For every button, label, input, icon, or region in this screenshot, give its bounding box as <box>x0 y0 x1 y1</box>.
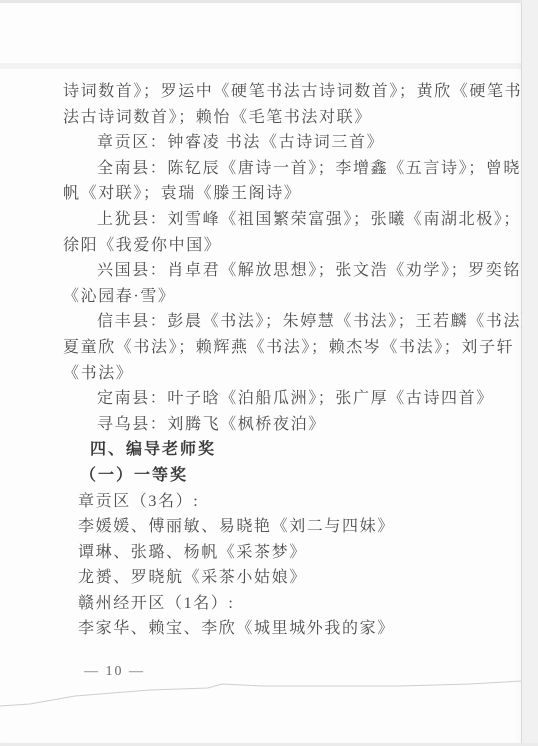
text-line: 法古诗词数首》；赖怡《毛笔书法对联》 <box>63 105 513 131</box>
text-line: 全南县：陈钇辰《唐诗一首》；李增鑫《五言诗》；曾晓 <box>63 156 513 182</box>
text-line: 赣州经开区（1名）: <box>63 591 513 617</box>
text-line: 寻乌县：刘腾飞《枫桥夜泊》 <box>63 412 513 438</box>
text-line: 《沁园春·雪》 <box>63 284 513 310</box>
page-number: — 10 — <box>84 664 145 680</box>
heading-line: （一）一等奖 <box>63 463 513 489</box>
text-line: 龙赟、罗晓航《采茶小姑娘》 <box>63 565 513 591</box>
text-line: 上犹县：刘雪峰《祖国繁荣富强》；张曦《南湖北极》； <box>63 207 513 233</box>
text-line: 诗词数首》；罗运中《硬笔书法古诗词数首》；黄欣《硬笔书 <box>63 79 513 105</box>
text-line: 信丰县：彭晨《书法》；朱婷慧《书法》；王若麟《书法》; <box>63 309 513 335</box>
document-body: 诗词数首》；罗运中《硬笔书法古诗词数首》；黄欣《硬笔书法古诗词数首》；赖怡《毛笔… <box>63 79 513 642</box>
text-lines: 诗词数首》；罗运中《硬笔书法古诗词数首》；黄欣《硬笔书法古诗词数首》；赖怡《毛笔… <box>63 79 513 642</box>
text-line: 谭琳、张璐、杨帆《采茶梦》 <box>63 540 513 566</box>
text-line: 李家华、赖宝、李欣《城里城外我的家》 <box>63 616 513 642</box>
text-line: 定南县：叶子晗《泊船瓜洲》；张广厚《古诗四首》 <box>63 386 513 412</box>
scan-right-edge <box>522 0 538 746</box>
text-line: 章贡区：钟睿凌 书法《古诗词三首》 <box>63 130 513 156</box>
scan-top-edge <box>0 0 538 3</box>
text-line: 徐阳《我爱你中国》 <box>63 233 513 259</box>
text-line: 《书法》 <box>63 361 513 387</box>
text-line: 章贡区（3名）: <box>63 489 513 515</box>
scanned-page: 诗词数首》；罗运中《硬笔书法古诗词数首》；黄欣《硬笔书法古诗词数首》；赖怡《毛笔… <box>0 3 522 743</box>
text-line: 李媛媛、傅丽敏、易晓艳《刘二与四妹》 <box>63 514 513 540</box>
text-line: 夏童欣《书法》；赖辉燕《书法》；赖杰岑《书法》；刘子轩 <box>63 335 513 361</box>
heading-line: 四、编导老师奖 <box>63 437 513 463</box>
text-line: 帆《对联》；袁瑞《滕王阁诗》 <box>63 181 513 207</box>
scan-streak-artifact <box>0 63 521 69</box>
text-line: 兴国县：肖卓君《解放思想》；张文浩《劝学》；罗奕铭 <box>63 258 513 284</box>
